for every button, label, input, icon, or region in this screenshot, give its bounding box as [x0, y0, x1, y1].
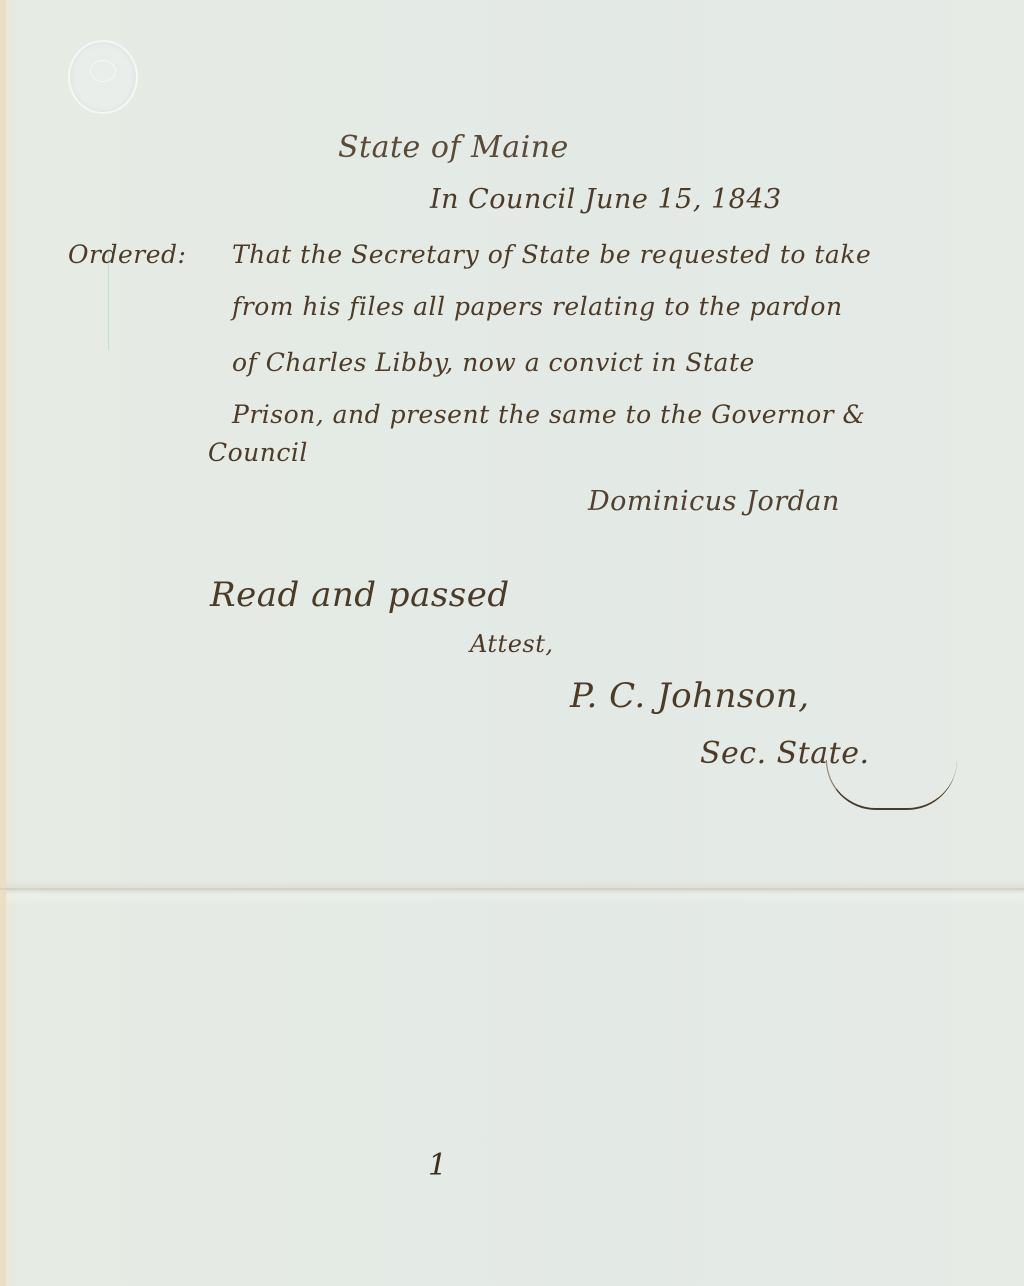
body-line-4: Prison, and present the same to the Gove…: [232, 400, 865, 429]
body-line-3: of Charles Libby, now a convict in State: [232, 348, 755, 377]
paper-edge: [0, 0, 6, 1286]
dateline: In Council June 15, 1843: [430, 184, 782, 215]
body-line-2: from his files all papers relating to th…: [232, 292, 843, 321]
attest-label: Attest,: [470, 630, 554, 658]
signature-secretary: P. C. Johnson,: [570, 676, 810, 716]
ordered-label: Ordered:: [68, 240, 186, 269]
paper-fold-line: [0, 888, 1024, 890]
document-page: State of Maine In Council June 15, 1843 …: [0, 0, 1024, 1286]
endorsement-read-and-passed: Read and passed: [210, 575, 510, 615]
document-heading: State of Maine: [338, 130, 569, 165]
folio-mark: 1: [428, 1148, 447, 1183]
body-line-5: Council: [208, 438, 308, 467]
seal-emblem: [90, 60, 116, 82]
signature-flourish-icon: [826, 760, 957, 810]
signature-dominicus-jordan: Dominicus Jordan: [588, 486, 840, 517]
embossed-seal-icon: [68, 40, 138, 114]
body-line-1: That the Secretary of State be requested…: [232, 240, 871, 269]
